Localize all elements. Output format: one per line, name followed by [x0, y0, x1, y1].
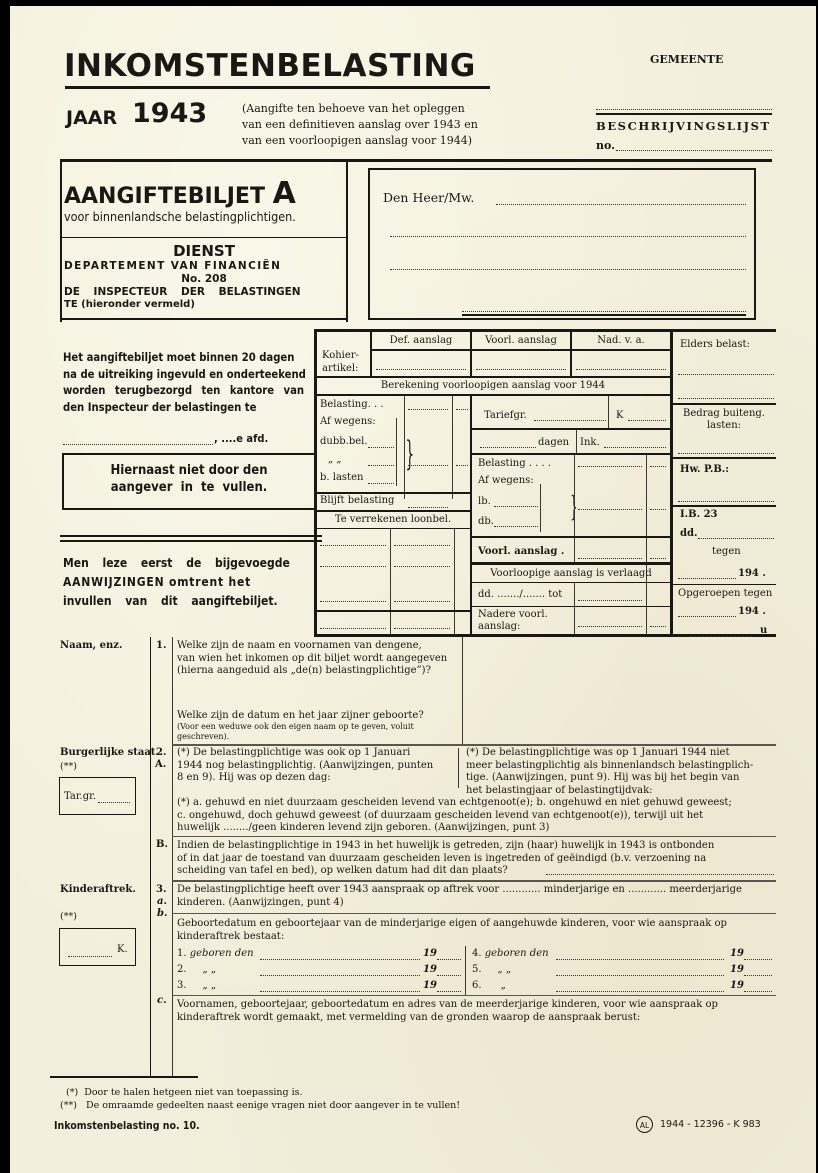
purpose-line-1: (Aangifte ten behoeve van het opleggen: [242, 101, 478, 117]
form-title: INKOMSTENBELASTING: [64, 48, 476, 84]
nadere-cents[interactable]: [650, 626, 666, 627]
right-calc-col-1: [574, 455, 575, 563]
q1-answer-divider: [462, 637, 463, 744]
gemeente-rule: [596, 113, 772, 115]
address-line-1[interactable]: [496, 204, 746, 205]
return-line-4: den Inspecteur der belastingen te: [63, 400, 306, 417]
birth-4-year-label: 19: [730, 948, 744, 959]
hw-pb-field[interactable]: [678, 501, 774, 502]
q3c-line-1: Voornamen, geboortejaar, geboortedatum e…: [177, 999, 718, 1012]
elders-field-1[interactable]: [678, 374, 774, 375]
inspector-location-field[interactable]: [63, 444, 213, 445]
hw-pb-label: Hw. P.B.:: [680, 464, 729, 475]
footnote-1-mark: (*): [66, 1087, 78, 1098]
berekening-rule: [314, 394, 670, 396]
q3-number: 3.: [156, 884, 166, 895]
notice-line-1: Hiernaast niet door den: [62, 462, 316, 479]
col-def-aanslag: Def. aanslag: [372, 335, 470, 346]
kohier-line-2: artikel:: [322, 362, 359, 375]
k-unit-label: K.: [117, 944, 128, 955]
kohier-label: Kohier- artikel:: [322, 349, 359, 375]
verlaagd-rule: [472, 582, 670, 583]
birth-1-num: 1.: [177, 948, 187, 959]
footnote-2-text: De omraamde gedeelten naast eenige vrage…: [86, 1100, 460, 1111]
read-first-line-2: AANWIJZINGEN omtrent het: [63, 573, 290, 592]
q3b-line-1: Geboortedatum en geboortejaar van de min…: [177, 918, 727, 931]
ink-label: Ink.: [580, 437, 600, 448]
ink-field[interactable]: [604, 447, 666, 448]
dubb-bel-field[interactable]: [368, 447, 394, 448]
form-purpose: (Aangifte ten behoeve van het opleggen v…: [242, 101, 478, 149]
question-number-rule: [150, 637, 151, 1077]
birth-1-label: geboren den: [190, 948, 254, 959]
beschrijvingslijst-label: BESCHRIJVINGSLIJST: [596, 119, 771, 133]
loonbel-total-c2[interactable]: [394, 628, 450, 629]
birth-5-year-field[interactable]: [744, 975, 772, 976]
tariefgr-field[interactable]: [534, 420, 606, 421]
ib23-label: I.B. 23: [680, 509, 718, 520]
birth-4-num: 4.: [472, 948, 482, 959]
aftrek-cents-field[interactable]: [456, 465, 468, 466]
read-first-notice: Men leze eerst de bijgevoegde AANWIJZING…: [63, 554, 290, 611]
db-label: db.: [478, 516, 494, 527]
birth-4-label: geboren den: [485, 948, 549, 959]
db-field[interactable]: [494, 526, 538, 527]
q2a-left-line-1[interactable]: (*) De belastingplichtige was ook op 1 J…: [177, 747, 433, 760]
kohier-def-field[interactable]: [376, 369, 466, 370]
birth-6-label: „: [497, 980, 505, 991]
q2a-right-line-2: meer belastingplichtig als binnenlandsch…: [466, 760, 753, 773]
aftrek2-field[interactable]: [578, 509, 642, 510]
q1-note-line-2: geschreven).: [177, 732, 414, 742]
q3b-bottom-rule: [172, 995, 776, 996]
ib23-rule: [672, 584, 776, 585]
q2-side-note: (**): [60, 761, 77, 772]
birth-3-year-field[interactable]: [437, 991, 461, 992]
right-calc-col-2: [646, 455, 647, 635]
q2-bottom-rule: [172, 880, 776, 882]
read-first-line-1: Men leze eerst de bijgevoegde: [63, 554, 290, 573]
loonbel-r1c2[interactable]: [394, 545, 450, 546]
print-code: 1944 - 12396 - K 983: [660, 1119, 761, 1130]
q1-widow-note: (Voor een weduwe ook den eigen naam op t…: [177, 722, 414, 741]
birth-3: 3. „ „: [177, 980, 216, 991]
notice-line-2: aangever in te vullen.: [62, 479, 316, 496]
q2-number: 2.: [156, 747, 166, 758]
birth-5-num: 5.: [472, 964, 482, 975]
address-line-4[interactable]: [462, 311, 746, 312]
q2b-line-3: scheiding van tafel en bed), op welken d…: [177, 865, 714, 878]
ib23-dd-field[interactable]: [698, 538, 774, 539]
opgeroepen-year-label: 194 .: [738, 606, 766, 617]
loonbel-r3c2[interactable]: [394, 601, 450, 602]
tar-gr-field[interactable]: [98, 802, 130, 803]
purpose-line-3: van een voorloopigen aanslag voor 1944): [242, 133, 478, 149]
return-line-2: na de uitreiking ingevuld en onderteeken…: [63, 367, 306, 384]
q2-sub-b: B.: [156, 839, 168, 850]
return-instructions: Het aangiftebiljet moet binnen 20 dagen …: [63, 350, 306, 416]
blijft-rule: [316, 492, 470, 494]
verlaagd-col: [574, 583, 575, 634]
ink-divider: [576, 430, 577, 454]
blijft-belasting-label: Blijft belasting: [320, 495, 394, 506]
divider-2: [60, 540, 322, 542]
bedrag-field[interactable]: [678, 453, 774, 454]
return-line-1: Het aangiftebiljet moet binnen 20 dagen: [63, 350, 306, 367]
q1-number: 1.: [156, 640, 166, 651]
dagen-field[interactable]: [480, 447, 536, 448]
voorl-aanslag-field[interactable]: [578, 558, 642, 559]
loonbel-col-2: [454, 528, 455, 634]
q3-sub-a: a.: [157, 896, 167, 907]
q2a-right-line-1[interactable]: (*) De belastingplichtige was op 1 Janua…: [466, 747, 753, 760]
k-field[interactable]: [628, 420, 666, 421]
birth-4-date-field[interactable]: [556, 959, 724, 960]
q2a-right-line-3: tige. (Aanwijzingen, punt 9). Hij was bi…: [466, 772, 753, 785]
gemeente-label: GEMEENTE: [650, 53, 723, 66]
department-label: DEPARTEMENT VAN FINANCIËN: [64, 260, 281, 272]
q2-side-label: Burgerlijke staat.: [60, 747, 159, 758]
q1-note-line-1: (Voor een weduwe ook den eigen naam op t…: [177, 722, 414, 732]
birth-5: 5. „ „: [472, 964, 511, 975]
birth-1-year-field[interactable]: [437, 959, 461, 960]
birth-2-year-label: 19: [423, 964, 437, 975]
verrekenen-header-rule: [316, 528, 470, 529]
birth-2-num: 2.: [177, 964, 187, 975]
kohier-bottom-rule: [314, 376, 670, 378]
birth-2: 2. „ „: [177, 964, 216, 975]
blijft-belasting-field[interactable]: [408, 507, 448, 508]
q2a-right-text: (*) De belastingplichtige was op 1 Janua…: [466, 747, 753, 797]
col-voorl-aanslag: Voorl. aanslag: [472, 335, 570, 346]
kohier-voorl-field[interactable]: [476, 369, 566, 370]
loonbel-r2c2[interactable]: [394, 566, 450, 567]
purpose-line-2: van een definitieven aanslag over 1943 e…: [242, 117, 478, 133]
dubb-bel-label: dubb.bel.: [320, 436, 368, 447]
aftrek-total-field[interactable]: [408, 465, 448, 466]
voorl-rule: [472, 536, 670, 538]
id-rule: [62, 237, 346, 238]
q2a-left-line-2: 1944 nog belastingplichtig. (Aanwijzinge…: [177, 760, 433, 773]
q3-side-label: Kinderaftrek.: [60, 884, 136, 895]
ib23-dd-label: dd.: [680, 528, 697, 539]
lbdb-divider: [540, 484, 541, 532]
marital-options-line-2[interactable]: c. ongehuwd, doch gehuwd geweest (of duu…: [177, 810, 732, 823]
loonbel-total-c1[interactable]: [320, 628, 386, 629]
q2a-left-line-3: 8 en 9). Hij was op dezen dag:: [177, 772, 433, 785]
birth-4: 4. geboren den: [472, 948, 549, 959]
q2-marital-options: (*) a. gehuwd en niet duurzaam gescheide…: [177, 797, 732, 835]
birth-2-date-field[interactable]: [260, 975, 420, 976]
title-rule: [65, 86, 490, 89]
birth-1: 1. geboren den: [177, 948, 254, 959]
q1-birth-question: Welke zijn de datum en het jaar zijner g…: [177, 710, 424, 721]
nadere-line-1: Nadere voorl.: [478, 609, 548, 621]
col-nad-va: Nad. v. a.: [572, 335, 670, 346]
birth-6-num: 6.: [472, 980, 482, 991]
birth-5-date-field[interactable]: [556, 975, 724, 976]
dd-tot-label: dd. ......./....... tot: [478, 589, 562, 600]
elders-belast-label: Elders belast:: [680, 339, 750, 350]
read-first-line-3: invullen van dit aangiftebiljet.: [63, 592, 290, 611]
nadere-line-2: aanslag:: [478, 621, 548, 633]
q2-sub-a: A.: [155, 759, 166, 770]
loonbel-r1c1[interactable]: [320, 545, 386, 546]
voorl-aanslag-cents[interactable]: [650, 558, 666, 559]
aftrek2-cents[interactable]: [650, 509, 666, 510]
opgeroepen-label: Opgeroepen tegen: [678, 588, 772, 599]
year-value: 1943: [132, 98, 207, 129]
footnote-1: (*) Door te halen hetgeen niet van toepa…: [66, 1087, 303, 1098]
calc-col-2: [452, 396, 453, 499]
bedrag-line-2: lasten:: [672, 420, 776, 432]
q1-line-1: Welke zijn de naam en voornamen van deng…: [177, 640, 447, 653]
verrekenen-rule: [316, 510, 470, 512]
birth-6-year-label: 19: [730, 980, 744, 991]
q3-side-note: (**): [60, 911, 77, 922]
printer-logo-icon: AL: [636, 1116, 653, 1133]
birth-2-label: „ „: [202, 964, 216, 975]
dienst-number: No. 208: [62, 273, 346, 285]
opgeroepen-date-field[interactable]: [678, 616, 736, 617]
kohier-header-rule: [370, 349, 670, 351]
q3c-line-2: kinderaftrek wordt gemaakt, met vermeldi…: [177, 1012, 718, 1025]
belasting-label: Belasting. . .: [320, 399, 384, 410]
q1-bottom-rule: [172, 744, 776, 746]
q2a-right-line-4: het belastingjaar of belastingtijdvak:: [466, 785, 753, 798]
birth-5-label: „ „: [497, 964, 511, 975]
q3a-line-2: kinderen. (Aanwijzingen, punt 4): [177, 897, 742, 910]
voorl-aanslag-label: Voorl. aanslag .: [478, 546, 564, 557]
loonbel-total-rule: [316, 610, 470, 612]
af-wegens-label: Af wegens:: [320, 416, 376, 427]
ditto-label: „ „: [328, 454, 342, 465]
verlaagd-field[interactable]: [578, 600, 642, 601]
loonbel-r2c1[interactable]: [320, 566, 386, 567]
grid-top-rule: [314, 329, 776, 332]
lb-field[interactable]: [494, 506, 538, 507]
belasting2-label: Belasting . . . .: [478, 458, 551, 469]
birth-6-year-field[interactable]: [744, 991, 772, 992]
tegen-year-label: 194 .: [738, 568, 766, 579]
ditto-field[interactable]: [368, 465, 394, 466]
no-label: no.: [596, 139, 615, 152]
tariefgr-label: Tariefgr.: [484, 410, 527, 421]
address-label: Den Heer/Mw.: [383, 190, 474, 205]
id-box-right: [346, 162, 348, 322]
birth-6: 6. „: [472, 980, 506, 991]
id-box-bottom: [60, 318, 348, 320]
footnote-1-text: Door te halen hetgeen niet van toepassin…: [84, 1087, 302, 1098]
birth-1-year-label: 19: [423, 948, 437, 959]
marital-options-line-1[interactable]: (*) a. gehuwd en niet duurzaam gescheide…: [177, 797, 732, 810]
k-label: K: [616, 410, 623, 421]
grid-right-border: [670, 329, 673, 637]
q2a-split-divider: [458, 748, 459, 788]
belasting-field[interactable]: [408, 409, 448, 410]
q1-line-2: van wien het inkomen op dit biljet wordt…: [177, 653, 447, 666]
kinderaftrek-k-field[interactable]: [68, 956, 112, 957]
birth-6-date-field[interactable]: [556, 991, 724, 992]
q3a-bottom-rule: [172, 913, 776, 914]
opgeroepen-time-field[interactable]: [690, 636, 752, 637]
birth-3-date-field[interactable]: [260, 991, 420, 992]
dagen-rule: [472, 453, 670, 455]
birth-1-date-field[interactable]: [260, 959, 420, 960]
belasting2-cents[interactable]: [650, 466, 666, 467]
address-line-2[interactable]: [390, 236, 746, 237]
loonbel-col-1: [390, 528, 391, 634]
verlaagd-top-rule: [470, 562, 670, 565]
notice-text: Hiernaast niet door den aangever in te v…: [62, 462, 316, 496]
q1-answer-field[interactable]: [472, 638, 776, 744]
beschrijvingslijst-number-field[interactable]: [616, 150, 772, 151]
afd-label: , ....e afd.: [214, 432, 268, 445]
q2b-line-2: of in dat jaar de toestand van duurzaam …: [177, 853, 714, 866]
bedrag-rule: [672, 457, 776, 459]
q2b-date-field[interactable]: [546, 874, 774, 875]
nadere-rule: [472, 606, 670, 607]
birth-5-year-label: 19: [730, 964, 744, 975]
b-lasten-label: b. lasten: [320, 472, 363, 483]
q2a-bottom-rule: [172, 836, 776, 837]
form-name: Inkomstenbelasting no. 10.: [54, 1120, 200, 1132]
hw-pb-rule: [672, 505, 776, 507]
q3a-line-1[interactable]: De belastingplichtige heeft over 1943 aa…: [177, 884, 742, 897]
elders-rule: [672, 403, 776, 405]
dienst-label: DIENST: [62, 242, 346, 260]
aangiftebiljet-word: AANGIFTEBILJET: [64, 184, 265, 209]
address-line-3[interactable]: [390, 269, 746, 270]
nadere-field[interactable]: [578, 626, 642, 627]
kohier-line-1: Kohier-: [322, 349, 359, 362]
q1-line-3: (hierna aangeduid als „de(n) belastingpl…: [177, 665, 447, 678]
q1-side-label: Naam, enz.: [60, 640, 122, 651]
nadere-label: Nadere voorl. aanslag:: [478, 609, 548, 633]
births-column-divider: [465, 946, 466, 996]
brace-icon: }: [405, 426, 414, 482]
q3-sub-b: b.: [157, 908, 167, 919]
birth-2-year-field[interactable]: [437, 975, 461, 976]
q3a-text: De belastingplichtige heeft over 1943 aa…: [177, 884, 742, 909]
calc-center-divider: [470, 394, 472, 634]
aangiftebiljet-subtitle: voor binnenlandsche belastingplichtigen.: [64, 209, 296, 224]
aanwijzingen-text: AANWIJZINGEN omtrent het: [63, 575, 251, 589]
q3c-text: Voornamen, geboortejaar, geboortedatum e…: [177, 999, 718, 1024]
address-underline: [462, 314, 746, 316]
u-label: u: [760, 625, 767, 636]
dagen-label: dagen: [538, 437, 569, 448]
question-text-rule: [172, 637, 173, 1077]
bedrag-line-1: Bedrag buiteng.: [672, 408, 776, 420]
header-rule: [60, 159, 772, 162]
verlaagd-heading: Voorloopige aanslag is verlaagd: [472, 568, 670, 579]
q3c-answer-area[interactable]: [174, 1026, 776, 1074]
inspector-note: TE (hieronder vermeld): [64, 299, 195, 310]
aangiftebiljet-title: AANGIFTEBILJET A: [64, 176, 296, 211]
birth-3-year-label: 19: [423, 980, 437, 991]
q3b-line-2: kinderaftrek bestaat:: [177, 931, 727, 944]
te-verrekenen-heading: Te verrekenen loonbel.: [316, 514, 470, 525]
q2b-line-1: Indien de belastingplichtige in 1943 in …: [177, 840, 714, 853]
tariefgr-rule: [472, 428, 670, 430]
sub-divider: [396, 418, 397, 486]
form-letter: A: [273, 176, 296, 211]
k-divider: [608, 396, 609, 428]
birth-3-label: „ „: [202, 980, 216, 991]
year-label: JAAR: [66, 107, 117, 129]
footnote-rule: [50, 1076, 198, 1078]
q2a-left-text: (*) De belastingplichtige was ook op 1 J…: [177, 747, 433, 785]
q3b-text: Geboortedatum en geboortejaar van de min…: [177, 918, 727, 943]
bedrag-buiteng-label: Bedrag buiteng. lasten:: [672, 408, 776, 432]
birth-4-year-field[interactable]: [744, 959, 772, 960]
lb-label: lb.: [478, 496, 491, 507]
q3-sub-c: c.: [157, 995, 167, 1006]
footnote-2: (**) De omraamde gedeelten naast eenige …: [60, 1100, 460, 1111]
loonbel-r3c1[interactable]: [320, 601, 386, 602]
tegen-date-field[interactable]: [678, 578, 736, 579]
berekening-heading: Berekening voorloopigen aanslag voor 194…: [316, 380, 670, 391]
kohier-nad-field[interactable]: [576, 369, 666, 370]
tar-gr-label: Tar.gr.: [64, 791, 96, 802]
af-wegens2-label: Af wegens:: [478, 475, 534, 486]
marital-options-line-3[interactable]: huwelijk ......../geen kinderen levend z…: [177, 822, 732, 835]
b-lasten-field[interactable]: [368, 483, 394, 484]
footnote-2-mark: (**): [60, 1100, 77, 1111]
divider-1: [60, 535, 322, 537]
return-line-3: worden terugbezorgd ten kantore van: [63, 383, 306, 400]
belasting-cents-field[interactable]: [456, 409, 468, 410]
elders-field-2[interactable]: [678, 398, 774, 399]
q1-question: Welke zijn de naam en voornamen van deng…: [177, 640, 447, 678]
tegen-label: tegen: [712, 546, 741, 557]
gemeente-field[interactable]: [596, 109, 772, 110]
belasting2-field[interactable]: [578, 466, 642, 467]
tax-form-page: INKOMSTENBELASTING JAAR 1943 (Aangifte t…: [10, 6, 816, 1173]
calc-col-1: [404, 396, 405, 499]
q2b-text: Indien de belastingplichtige in 1943 in …: [177, 840, 714, 878]
inspector-label: DE INSPECTEUR DER BELASTINGEN: [64, 286, 301, 298]
birth-3-num: 3.: [177, 980, 187, 991]
